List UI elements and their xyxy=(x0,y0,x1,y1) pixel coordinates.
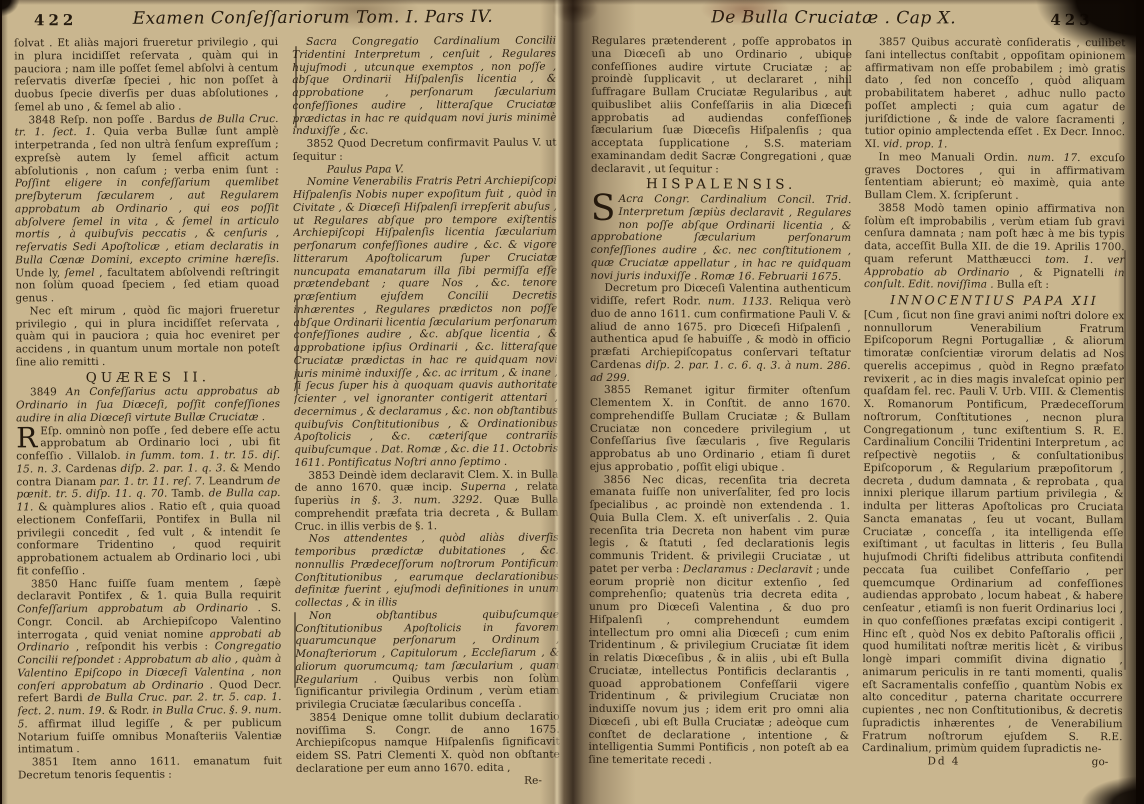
paragraph: Nos attendentes , quòd aliàs diverſis te… xyxy=(295,532,559,610)
paragraph: Decretum pro Diœceſi Valentina authentic… xyxy=(590,282,851,385)
paragraph: 3851 Item anno 1611. emanatum fuit Decre… xyxy=(18,755,282,782)
section-heading: HISPALENSIS. xyxy=(591,178,852,192)
paragraph: Non obſtantibus quibuſcumque Conſtitutio… xyxy=(295,608,560,711)
paragraph: 3858 Modò tamen opinio affirmativa non ſ… xyxy=(864,202,1125,292)
paragraph: Sacra Congregatio Cardinalium Concilii T… xyxy=(292,35,557,138)
paragraph: In meo Manuali Ordin. num. 17. excuſo gr… xyxy=(864,151,1125,203)
paragraph: 3854 Denique omne tollit dubium declarat… xyxy=(296,710,560,775)
text-column: 3857 Quibus accuratè conſideratis , cuil… xyxy=(862,36,1126,804)
left-running-title: Examen Conſeſſariorum Tom. I. Pars IV. xyxy=(0,7,566,30)
paragraph: SAcra Congr. Cardinalium Concil. Trid. I… xyxy=(591,193,852,283)
paragraph: [Cum , ſicut non ſine gravi animi noſtri… xyxy=(862,309,1124,756)
paragraph: 3848 Reſp. non poſſe . Bardus de Bulla C… xyxy=(14,113,279,306)
signature-line: Dd 4go- xyxy=(862,755,1123,769)
left-page-columns: ſolvat . Et aliàs majori frueretur privi… xyxy=(14,35,560,804)
paragraph: Regulares prætenderent , poſſe approbato… xyxy=(591,35,852,176)
text-column: Regulares prætenderent , poſſe approbato… xyxy=(588,35,852,804)
text-column: Sacra Congregatio Cardinalium Concilii T… xyxy=(292,35,560,804)
drop-cap: S xyxy=(591,193,619,224)
paragraph: 3853 Deindè idem declaravit Clem. X. in … xyxy=(294,468,558,533)
page-right: De Bulla Cruciatæ . Cap X. 423 Regulares… xyxy=(566,0,1138,804)
paragraph: Nec eſt mirum , quòd ſic majori frueretu… xyxy=(15,304,279,369)
right-page-number: 423 xyxy=(1050,11,1093,29)
paragraph: 3855 Remanet igitur firmiter oſtenſum Cl… xyxy=(590,384,851,474)
paragraph: 3856 Nec dicas, recenſita tria decreta e… xyxy=(588,473,850,767)
section-heading: INNOCENTIUS PAPA XII xyxy=(864,294,1125,308)
paragraph: 3850 Hanc fuiſſe ſuam mentem , ſæpè decl… xyxy=(17,577,282,757)
text-column: ſolvat . Et aliàs majori frueretur privi… xyxy=(14,36,282,804)
paragraph: Nomine Venerabilis Fratris Petri Archiep… xyxy=(293,175,559,470)
paragraph: REſp. omninò non poſſe , ſed debere eſſe… xyxy=(16,424,281,578)
right-page-header: De Bulla Cruciatæ . Cap X. 423 xyxy=(570,7,1138,35)
paragraph: ſolvat . Et aliàs majori frueretur privi… xyxy=(14,36,278,114)
left-page-header: 422 Examen Conſeſſariorum Tom. I. Pars I… xyxy=(0,7,566,36)
page-left: 422 Examen Conſeſſariorum Tom. I. Pars I… xyxy=(0,0,570,804)
catchword: Re- xyxy=(296,774,560,788)
section-heading: QUÆRES II. xyxy=(16,371,280,385)
paragraph: 3857 Quibus accuratè conſideratis , cuil… xyxy=(865,36,1126,152)
drop-cap: R xyxy=(16,425,40,449)
book-spread: 422 Examen Conſeſſariorum Tom. I. Pars I… xyxy=(0,0,1144,804)
paragraph: 3849 An Confeſſarius actu approbatus ab … xyxy=(16,385,280,425)
right-page-columns: Regulares prætenderent , poſſe approbato… xyxy=(588,35,1125,804)
paragraph: 3852 Quod Decretum confirmavit Paulus V.… xyxy=(293,137,557,164)
